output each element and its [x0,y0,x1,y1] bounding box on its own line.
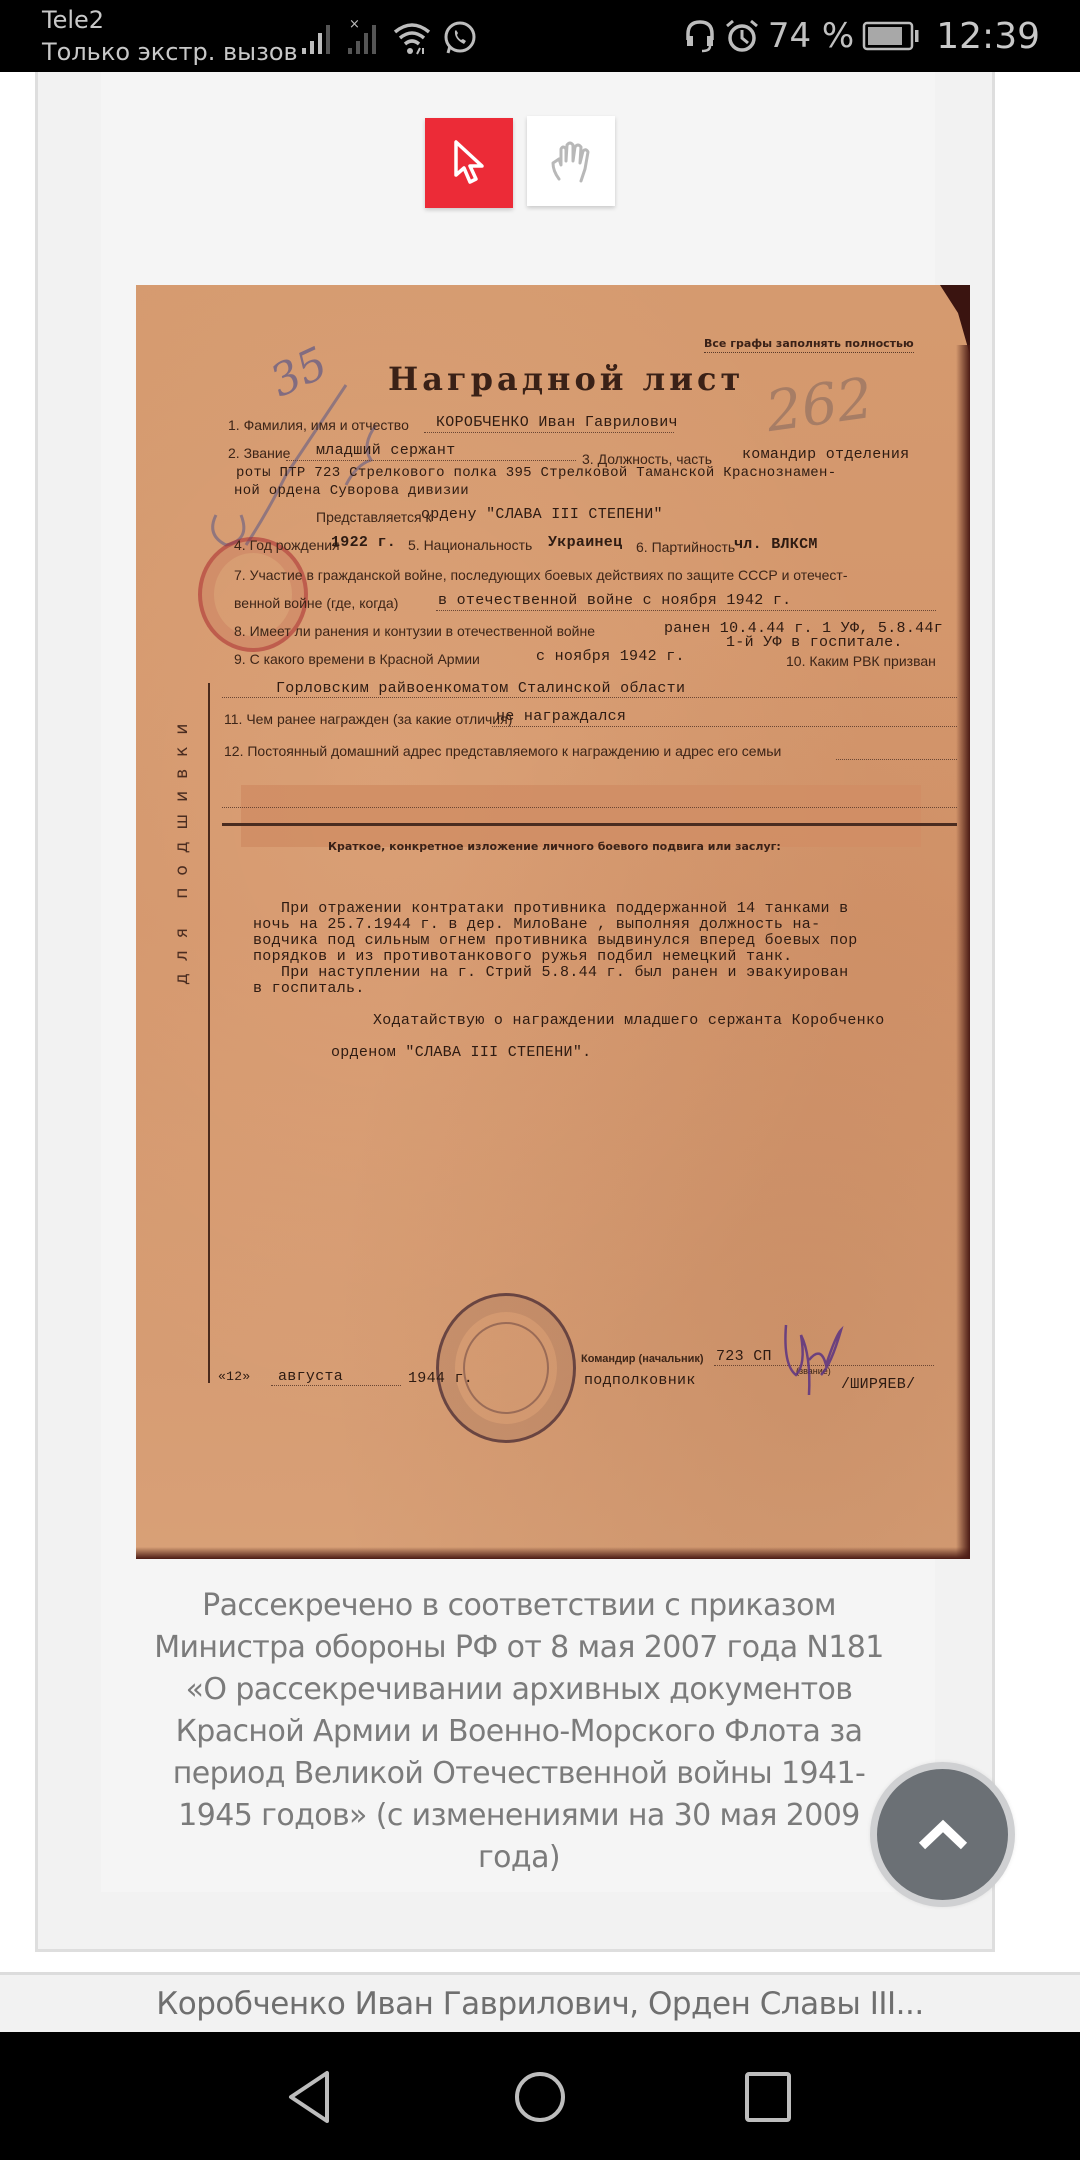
hand-tool-button[interactable] [527,116,615,206]
svg-text:×: × [349,17,360,32]
status-icons-left: × [300,16,478,56]
field-label: 12. Постоянный домашний адрес представля… [224,743,781,759]
field-value-rank: младший сержант [316,443,456,459]
page-title-bar[interactable]: Коробченко Иван Гаврилович, Орден Славы … [0,1972,1080,2032]
handwritten-number: 262 [762,366,877,445]
petition-line: Ходатайствую о награждении младшего серж… [373,1013,885,1029]
field-value-unit-cont: ной ордена Суворова дивизии [234,483,469,499]
field-label: 6. Партийность [636,539,735,555]
field-value-unit: роты ПТР 723 Стрелкового полка 395 Стрел… [236,465,836,481]
header-note: Все графы заполнять полностью [704,337,914,353]
alarm-icon [724,18,760,54]
feat-line: водчика под сильным огнем противника выд… [253,933,858,949]
field-label: 7. Участие в гражданской войне, последую… [234,567,847,583]
field-value-prior-awards: не награждался [496,709,626,725]
navigation-bar [0,2032,1080,2160]
carrier-info: Tele2 Только экстр. вызов [42,6,298,66]
field-label: 4. Год рождения [234,537,340,553]
field-label: 8. Имеет ли ранения и контузии в отечест… [234,623,595,639]
field-value-nationality: Украинец [548,535,622,551]
field-label: 10. Каким РВК призван [786,653,936,669]
home-icon [512,2069,568,2125]
field-value-war-participation: в отечественной войне с ноября 1942 г. [438,593,791,609]
commander-rank: подполковник [584,1373,696,1389]
regiment-seal [436,1293,576,1443]
field-value-draft-office: Горловским райвоенкоматом Сталинской обл… [276,681,685,697]
feat-section-heading: Краткое, конкретное изложение личного бо… [328,840,781,853]
battery-icon [862,20,920,52]
status-bar: Tele2 Только экстр. вызов × [0,0,1080,72]
field-value-wounds-cont: 1-й УФ в госпитале. [726,635,903,651]
wifi-icon [392,20,432,56]
chevron-up-icon [918,1818,968,1852]
hand-pan-icon [545,135,597,187]
field-value-birth-year: 1922 г. [331,535,396,551]
screen: Tele2 Только экстр. вызов × [0,0,1080,2160]
field-label: венной войне (где, когда) [234,595,398,611]
headset-icon [684,18,716,54]
document-card: для подшивки Все графы заполнять полност… [35,72,995,1952]
page-title: Коробченко Иван Гаврилович, Орден Славы … [156,1986,924,2022]
field-value-party: чл. ВЛКСМ [734,537,818,553]
back-button[interactable] [275,2062,345,2132]
date-day: «12» [218,1369,250,1385]
feat-line: При наступлении на г. Стрий 5.8.44 г. бы… [281,965,848,981]
field-label: 9. С какого времени в Красной Армии [234,651,480,667]
recents-icon [743,2070,793,2124]
redacted-address [241,785,921,847]
recents-button[interactable] [733,2062,803,2132]
binding-margin-label: для подшивки [172,665,192,985]
award-sheet-image[interactable]: для подшивки Все графы заполнять полност… [136,285,970,1559]
date-day-value: 12 [226,1369,242,1384]
binding-margin-line [208,683,210,1383]
field-label: 2. Звание [228,445,290,461]
section-divider [222,823,957,826]
field-label: 5. Национальность [408,537,532,553]
network-status: Только экстр. вызов [42,38,298,66]
battery-percent: 74 % [768,16,854,56]
carrier-name: Tele2 [42,6,104,34]
commander-unit: 723 СП [716,1349,772,1365]
scroll-to-top-button[interactable] [870,1762,1015,1907]
field-value-position: командир отделения [742,447,909,463]
field-label: 11. Чем ранее награжден (за какие отличи… [224,711,512,727]
signal-icon [300,22,336,56]
feat-line: в госпиталь. [253,981,365,997]
cursor-arrow-icon [447,137,491,189]
declassification-caption: Рассекречено в соответствии с приказом М… [149,1585,889,1879]
paper-edge [956,345,970,1559]
signal-no-sim-icon: × [346,16,382,56]
document-title: Наградной лист [388,360,744,398]
feat-line: порядков и из противотанкового ружья под… [253,949,792,965]
commander-signature [781,1305,861,1415]
pointer-tool-button[interactable] [425,118,513,208]
date-year: 1944 г. [408,1371,473,1387]
field-label: 1. Фамилия, имя и отчество [228,417,409,433]
home-button[interactable] [505,2062,575,2132]
field-value-service-since: с ноября 1942 г. [536,649,685,665]
petition-line: орденом "СЛАВА III СТЕПЕНИ". [331,1045,591,1061]
field-value-name: КОРОБЧЕНКО Иван Гаврилович [436,415,678,431]
status-icons-right: 74 % 12:39 [684,12,1040,60]
paper-edge [136,1547,970,1559]
clock: 12:39 [936,16,1040,57]
commander-label: Командир (начальник) [581,1351,704,1367]
feat-line: При отражении контратаки противника подд… [281,901,848,917]
document-viewer: для подшивки Все графы заполнять полност… [101,72,935,1892]
feat-line: ночь на 25.7.1944 г. в дер. МилоВане , в… [253,917,820,933]
whatsapp-icon [442,20,478,56]
back-icon [285,2069,335,2125]
field-value-award: ордену "СЛАВА III СТЕПЕНИ" [421,507,663,523]
date-month: августа [278,1369,343,1385]
field-label: Представляется к [316,509,432,525]
